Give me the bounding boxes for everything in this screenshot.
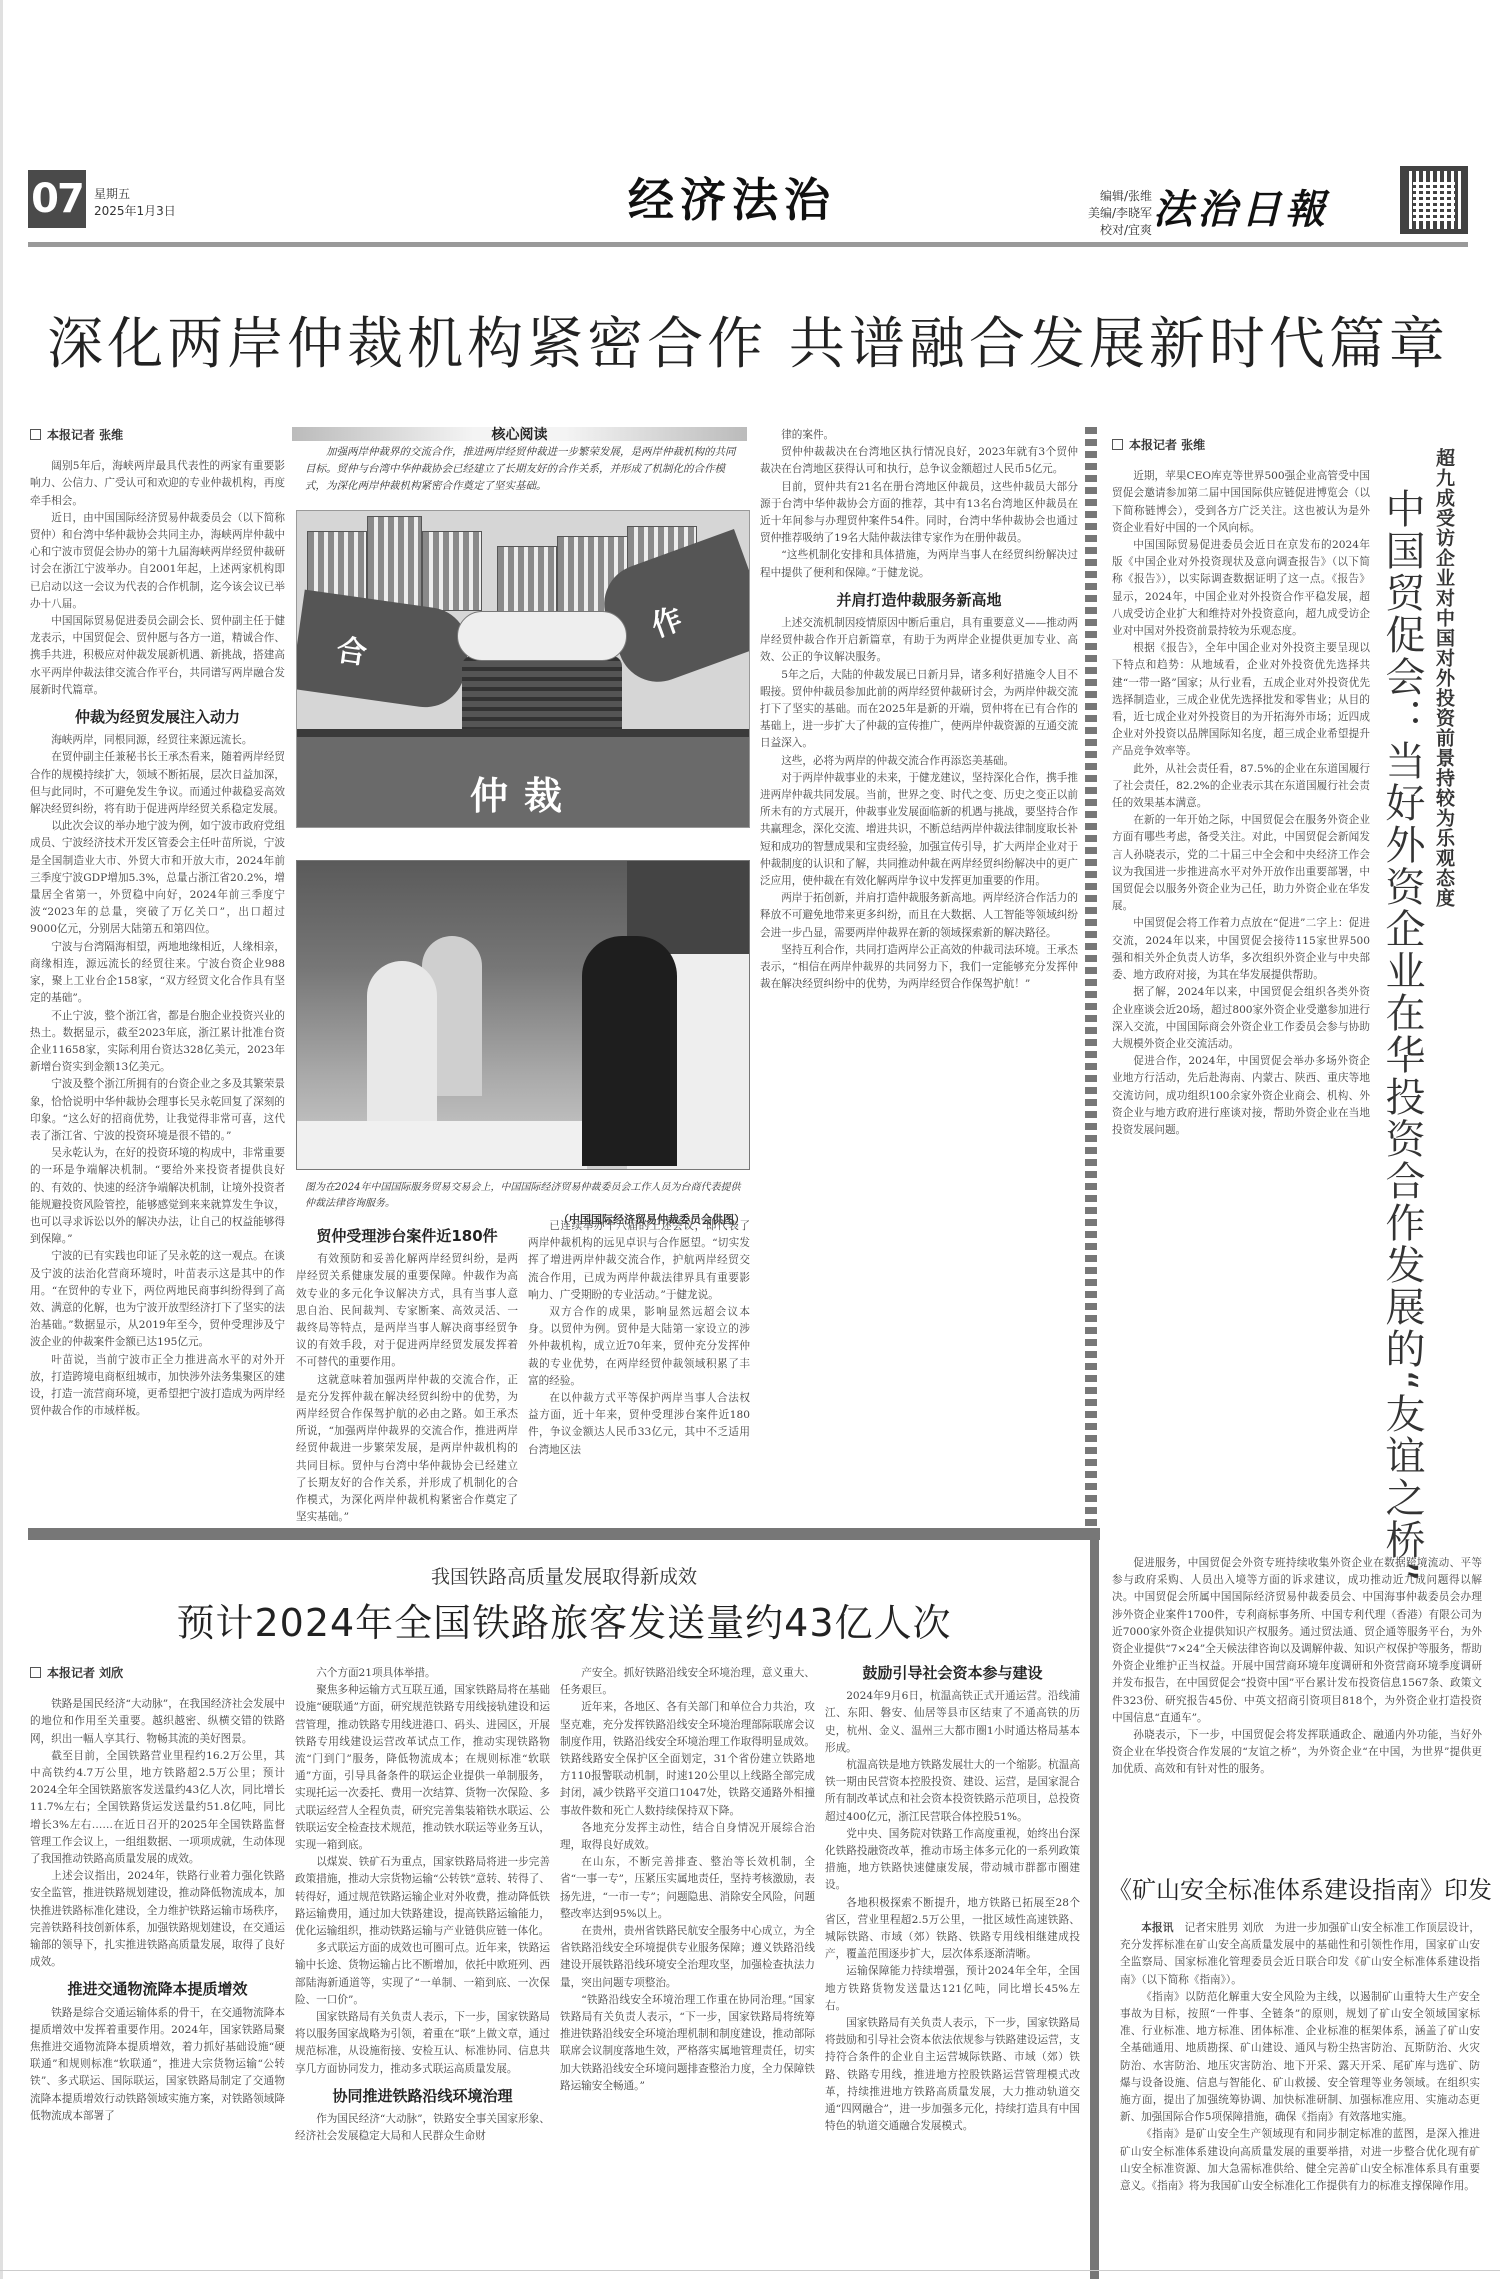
building-icon xyxy=(497,546,557,616)
mine-headline: 《矿山安全标准体系建设指南》印发 xyxy=(1100,1870,1500,1905)
paragraph: 产安全。抓好铁路沿线安全环境治理，意义重大、任务艰巨。 xyxy=(560,1665,815,1699)
reporters: 记者宋胜男 刘欣 xyxy=(1184,1922,1263,1934)
paragraph: 近期，苹果CEO库克等世界500强企业高管受中国贸促会邀请参加第二届中国国际供应… xyxy=(1112,468,1370,537)
person xyxy=(582,936,677,1166)
issue-date: 2025年1月3日 xyxy=(94,203,176,220)
paragraph: 孙晓表示，下一步，中国贸促会将发挥联通政企、融通内外功能，当好外资企业在华投资合… xyxy=(1112,1727,1482,1779)
subheading: 仲裁为经贸发展注入动力 xyxy=(30,709,285,726)
section-title: 经济法治 xyxy=(628,164,836,230)
paragraph: 在贵州，贵州省铁路民航安全服务中心成立，为全省铁路沿线安全环境提供专业服务保障；… xyxy=(560,1923,815,1992)
byline: 本报记者 张维 xyxy=(30,427,285,444)
paragraph: 海峡两岸，同根同源，经贸往来源远流长。 xyxy=(30,732,285,749)
subheading: 鼓励引导社会资本参与建设 xyxy=(825,1665,1080,1682)
paragraph: 5年之后，大陆的仲裁发展已日新月异，诸多利好措施令人目不暇接。贸仲仲裁员参加此前… xyxy=(760,667,1078,753)
core-reading-title: 核心阅读 xyxy=(292,424,747,444)
paragraph: 两岸于拓创新，并肩打造仲裁服务新高地。两岸经济合作活力的释放不可避免地带来更多纠… xyxy=(760,890,1078,942)
building-icon xyxy=(422,531,482,611)
column-divider xyxy=(1090,1540,1099,2279)
paragraph: 有效预防和妥善化解两岸经贸纠纷，是两岸经贸关系健康发展的重要保障。仲裁作为高效专… xyxy=(296,1251,518,1371)
paragraph: 在以仲裁方式平等保护两岸当事人合法权益方面，近十年来，贸仲受理涉台案件近180件… xyxy=(528,1390,750,1459)
handshake xyxy=(457,611,627,661)
paragraph: “这些机制化安排和具体措施，为两岸当事人在经贸纠纷解决过程中提供了便利和保障。”… xyxy=(760,547,1078,581)
person xyxy=(367,961,437,1131)
paragraph: 坚持互利合作，共同打造两岸公正高效的仲裁司法环境。王承杰表示，“相信在两岸仲裁界… xyxy=(760,942,1078,994)
rail-column-4: 鼓励引导社会资本参与建设 2024年9月6日，杭温高铁正式开通运营。沿线浦江、东… xyxy=(825,1665,1080,2265)
core-reading-text: 加强两岸仲裁界的交流合作，推进两岸经贸仲裁进一步繁荣发展，是两岸仲裁机构的共同目… xyxy=(305,444,745,495)
paragraph: 已连续举办十八届的上述会议，即代表了两岸仲裁机构的远见卓识与合作愿望。“切实发挥… xyxy=(528,1218,750,1304)
paragraph: 以此次会议的举办地宁波为例，如宁波市政府党组成员、宁波经济技术开发区管委会主任叶… xyxy=(30,818,285,938)
paragraph: 以煤炭、铁矿石为重点，国家铁路局将进一步完善政策措施，推动大宗货物运输“公转铁”… xyxy=(295,1854,550,1940)
paragraph: 这些，必将为两岸的仲裁交流合作再添恣美基础。 xyxy=(760,753,1078,770)
byline-box-icon xyxy=(30,1667,41,1678)
paragraph: 双方合作的成果，影响显然远超会议本身。以贸仲为例。贸仲是大陆第一家设立的涉外仲裁… xyxy=(528,1304,750,1390)
date-block: 星期五 2025年1月3日 xyxy=(94,186,176,220)
lead-column-2: 贸仲受理涉台案件近180件 有效预防和妥善化解两岸经贸纠纷，是两岸经贸关系健康发… xyxy=(296,1218,518,1523)
page-edge xyxy=(0,0,3,2279)
section-band xyxy=(28,1528,1100,1540)
paragraph: 宁波与台湾隔海相望，两地地缘相近，人缘相亲，商缘相连，源远流长的经贸往来。宁波台… xyxy=(30,939,285,1008)
paragraph: 各地充分发挥主动性，结合自身情况开展综合治理，取得良好成效。 xyxy=(560,1820,815,1854)
exhibition-photo xyxy=(296,860,750,1170)
rail-headline: 预计2024年全国铁路旅客发送量约43亿人次 xyxy=(28,1592,1100,1647)
subheading: 并肩打造仲裁服务新高地 xyxy=(760,592,1078,609)
paragraph: 聚焦多种运输方式互联互通，国家铁路局将在基础设施“硬联通”方面，研究规范铁路专用… xyxy=(295,1682,550,1854)
lead-headline: 深化两岸仲裁机构紧密合作 共谱融合发展新时代篇章 xyxy=(28,300,1468,380)
arbitration-illustration: 合 作 仲裁 xyxy=(296,510,750,828)
weekday: 星期五 xyxy=(94,186,176,203)
paragraph: 据了解，2024年以来，中国贸促会组织各类外资企业座谈会近20场，超过800家外… xyxy=(1112,984,1370,1053)
subheading: 推进交通物流降本提质增效 xyxy=(30,1981,285,1998)
editor: 编辑/张维 xyxy=(1088,188,1152,205)
paragraph: 此外，从社会责任看，87.5%的企业在东道国履行了社会责任，82.2%的企业表示… xyxy=(1112,761,1370,813)
rail-column-3: 产安全。抓好铁路沿线安全环境治理，意义重大、任务艰巨。 近年来，各地区、各有关部… xyxy=(560,1665,815,2265)
paragraph: 党中央、国务院对铁路工作高度重视，始终出台深化铁路投融资改革，推动市场主体多元化… xyxy=(825,1826,1080,1895)
sidebar-story-continued: 促进服务，中国贸促会外资专班持续收集外资企业在数据跨境流动、平等参与政府采购、人… xyxy=(1112,1555,1482,1855)
paragraph: 国家铁路局有关负责人表示，下一步，国家铁路局将以服务国家战略为引领，着重在“联”… xyxy=(295,2009,550,2078)
masthead: 07 星期五 2025年1月3日 经济法治 编辑/张维 美编/李晓军 校对/宜爽… xyxy=(28,160,1468,252)
paragraph: 中国国际贸易促进委员会近日在京发布的2024年版《中国企业对外投资现状及意向调查… xyxy=(1112,537,1370,640)
paragraph: 六个方面21项具体举措。 xyxy=(295,1665,550,1682)
paragraph: 贸仲仲裁裁决在台湾地区执行情况良好，2023年就有3个贸仲裁决在台湾地区获得认可… xyxy=(760,444,1078,478)
paragraph: 截至目前，全国铁路营业里程约16.2万公里，其中高铁约4.7万公里，地方铁路超2… xyxy=(30,1748,285,1868)
chair xyxy=(462,656,622,731)
paragraph: 在贸仲副主任兼秘书长王承杰看来，随着两岸经贸合作的规模持续扩大，领域不断拓展，层… xyxy=(30,749,285,818)
paragraph: 作为国民经济“大动脉”，铁路安全事关国家形象、经济社会发展稳定大局和人民群众生命… xyxy=(295,2111,550,2145)
byline-box-icon xyxy=(1112,439,1123,450)
mine-story-column: 本报讯 记者宋胜男 刘欣 为进一步加强矿山安全标准工作顶层设计，充分发挥标准在矿… xyxy=(1120,1920,1480,2265)
paragraph: 宁波及整个浙江所拥有的台资企业之多及其繁荣景象，恰恰说明中华仲裁协会理事长吴永乾… xyxy=(30,1076,285,1145)
paragraph: 中国贸促会将工作着力点放在“促进”二字上：促进交流，2024年以来，中国贸促会接… xyxy=(1112,915,1370,984)
paragraph: 2024年9月6日，杭温高铁正式开通运营。沿线浦江、东阳、磐安、仙居等县市区结束… xyxy=(825,1688,1080,1757)
lead-column-4: 律的案件。 贸仲仲裁裁决在台湾地区执行情况良好，2023年就有3个贸仲裁决在台湾… xyxy=(760,427,1078,1523)
paragraph: 《指南》以防范化解重大安全风险为主线，以遏制矿山重特大生产安全事故为目标，按照“… xyxy=(1120,1989,1480,2127)
paragraph: 多式联运方面的成效也可圈可点。近年来，铁路运输中长途、货物运输占比不断增加，依托… xyxy=(295,1940,550,2009)
lead-column-1: 本报记者 张维 阔别5年后，海峡两岸最具代表性的两家有重要影响力、公信力、广受认… xyxy=(30,427,285,1527)
byline: 本报记者 张维 xyxy=(1112,437,1370,454)
paragraph: 《指南》是矿山安全生产领域现有和同步制定标准的蓝图，是深入推进矿山安全标准体系建… xyxy=(1120,2126,1480,2195)
page-bottom-rule xyxy=(0,2270,1500,2271)
paragraph: 律的案件。 xyxy=(760,427,1078,444)
sidebar-headline: 中国贸促会：当好外资企业在华投资合作发展的“友谊之桥” xyxy=(1378,488,1426,1583)
byline-box-icon xyxy=(30,429,41,440)
paragraph: 促进服务，中国贸促会外资专班持续收集外资企业在数据跨境流动、平等参与政府采购、人… xyxy=(1112,1555,1482,1727)
paragraph: 杭温高铁是地方铁路发展壮大的一个缩影。杭温高铁一期由民营资本控股投资、建设、运营… xyxy=(825,1757,1080,1826)
byline: 本报记者 刘欣 xyxy=(30,1665,285,1682)
editor-credits: 编辑/张维 美编/李晓军 校对/宜爽 xyxy=(1088,188,1152,239)
paragraph: 中国国际贸易促进委员会副会长、贸仲副主任于健龙表示，中国贸促会、贸仲愿与各方一道… xyxy=(30,613,285,699)
paragraph: 促进合作，2024年，中国贸促会举办多场外资企业地方行活动，先后赴海南、内蒙古、… xyxy=(1112,1053,1370,1139)
newspaper-logo: 法治日報 xyxy=(1153,178,1329,235)
column-divider xyxy=(1085,427,1097,1527)
proofreader: 校对/宜爽 xyxy=(1088,222,1152,239)
arbitration-desk: 仲裁 xyxy=(297,729,750,828)
lead-column-3: 已连续举办十八届的上述会议，即代表了两岸仲裁机构的远见卓识与合作愿望。“切实发挥… xyxy=(528,1218,750,1523)
rail-kicker: 我国铁路高质量发展取得新成效 xyxy=(28,1562,1100,1589)
paragraph: 叶苗说，当前宁波市正全力推进高水平的对外开放，打造跨境电商枢纽城市，加快涉外法务… xyxy=(30,1352,285,1421)
art-editor: 美编/李晓军 xyxy=(1088,205,1152,222)
paragraph: 上述交流机制因疫情原因中断后重启，具有重要意义——推动两岸经贸仲裁合作开启新篇章… xyxy=(760,615,1078,667)
paragraph: 上述会议指出，2024年，铁路行业着力强化铁路安全监管，推进铁路规划建设，推动降… xyxy=(30,1868,285,1971)
paragraph: 根据《报告》，全年中国企业对外投资主要呈现以下特点和趋势：从地域看，企业对外投资… xyxy=(1112,640,1370,760)
paragraph: 宁波的已有实践也印证了吴永乾的这一观点。在谈及宁波的法治化营商环境时，叶苗表示这… xyxy=(30,1248,285,1351)
paragraph: 在新的一年开始之际，中国贸促会在服务外资企业方面有哪些考虑，备受关注。对此，中国… xyxy=(1112,812,1370,915)
sidebar-subtitle: 超九成受访企业对中国对外投资前景持较为乐观态度 xyxy=(1432,448,1456,908)
page-number: 07 xyxy=(28,170,86,228)
lead-label: 本报讯 xyxy=(1141,1922,1173,1934)
subheading: 协同推进铁路沿线环境治理 xyxy=(295,2088,550,2105)
paragraph: 这就意味着加强两岸仲裁的交流合作，正是充分发挥仲裁在解决经贸纠纷中的优势，为两岸… xyxy=(296,1372,518,1523)
paragraph: 铁路是综合交通运输体系的骨干，在交通物流降本提质增效中发挥着重要作用。2024年… xyxy=(30,2005,285,2125)
paragraph: 近日，由中国国际经济贸易仲裁委员会（以下简称贸仲）和台湾中华仲裁协会共同主办，海… xyxy=(30,510,285,613)
paragraph: 对于两岸仲裁事业的未来，于健龙建议，坚持深化合作，携手推进两岸仲裁共同发展。当前… xyxy=(760,770,1078,890)
paragraph: 在山东，不断完善排查、整治等长效机制，全省“一事一专”，压紧压实属地责任，坚持考… xyxy=(560,1854,815,1923)
qr-code-icon xyxy=(1400,166,1468,234)
sidebar-story-column: 本报记者 张维 近期，苹果CEO库克等世界500强企业高管受中国贸促会邀请参加第… xyxy=(1112,437,1370,1547)
paragraph: 各地积极探索不断提升，地方铁路已拓展至28个省区，营业里程超2.5万公里，一批区… xyxy=(825,1895,1080,1964)
paragraph: 阔别5年后，海峡两岸最具代表性的两家有重要影响力、公信力、广受认可和欢迎的专业仲… xyxy=(30,458,285,510)
rail-column-2: 六个方面21项具体举措。 聚焦多种运输方式互联互通，国家铁路局将在基础设施“硬联… xyxy=(295,1665,550,2265)
paragraph: 运输保障能力持续增强，预计2024年全年，全国地方铁路货物发送量达121亿吨，同… xyxy=(825,1963,1080,2015)
subheading: 贸仲受理涉台案件近180件 xyxy=(296,1228,518,1245)
masthead-rule xyxy=(28,242,1468,247)
paragraph: 不止宁波，整个浙江省，都是台胞企业投资兴业的热土。数据显示，截至2023年底，浙… xyxy=(30,1008,285,1077)
counter xyxy=(297,1121,587,1170)
paragraph: 铁路是国民经济“大动脉”，在我国经济社会发展中的地位和作用至关重要。越织越密、纵… xyxy=(30,1696,285,1748)
paragraph: 国家铁路局有关负责人表示，下一步，国家铁路局将鼓励和引导社会资本依法依规参与铁路… xyxy=(825,2015,1080,2135)
paragraph: 近年来，各地区、各有关部门和单位合力共治，攻坚克难，充分发挥铁路沿线安全环境治理… xyxy=(560,1699,815,1819)
paragraph: “铁路沿线安全环境治理工作重在协同治理。”国家铁路局有关负责人表示，“下一步，国… xyxy=(560,1992,815,2095)
paragraph: 目前，贸仲共有21名在册台湾地区仲裁员，这些仲裁员大部分源于台湾中华仲裁协会方面… xyxy=(760,479,1078,548)
rail-column-1: 本报记者 刘欣 铁路是国民经济“大动脉”，在我国经济社会发展中的地位和作用至关重… xyxy=(30,1665,285,2265)
paragraph: 吴永乾认为，在好的投资环境的构成中，非常重要的一环是争端解决机制。“要给外来投资… xyxy=(30,1145,285,1248)
